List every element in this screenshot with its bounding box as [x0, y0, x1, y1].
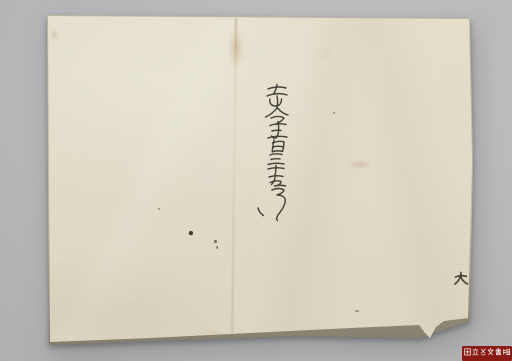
calligraphy-text — [250, 78, 300, 228]
ink-speck — [333, 112, 335, 114]
watermark-kanji-glyphs — [464, 348, 510, 356]
ink-speck — [158, 208, 160, 210]
foxing-spot — [318, 48, 332, 58]
photo-backdrop: National Archives of Japan — [0, 0, 512, 361]
center-fold-crease — [231, 18, 237, 338]
paper-surface — [0, 0, 512, 361]
document-sheet — [0, 0, 512, 361]
red-smudge — [344, 159, 376, 170]
ink-speck — [214, 240, 217, 243]
ink-speck — [355, 310, 359, 312]
watermark-subtitle: National Archives of Japan — [464, 356, 510, 361]
ink-speck — [189, 231, 193, 235]
ink-speck — [216, 246, 218, 249]
national-archives-watermark: National Archives of Japan — [462, 346, 512, 361]
margin-character — [453, 270, 469, 286]
corner-stain — [49, 26, 59, 44]
